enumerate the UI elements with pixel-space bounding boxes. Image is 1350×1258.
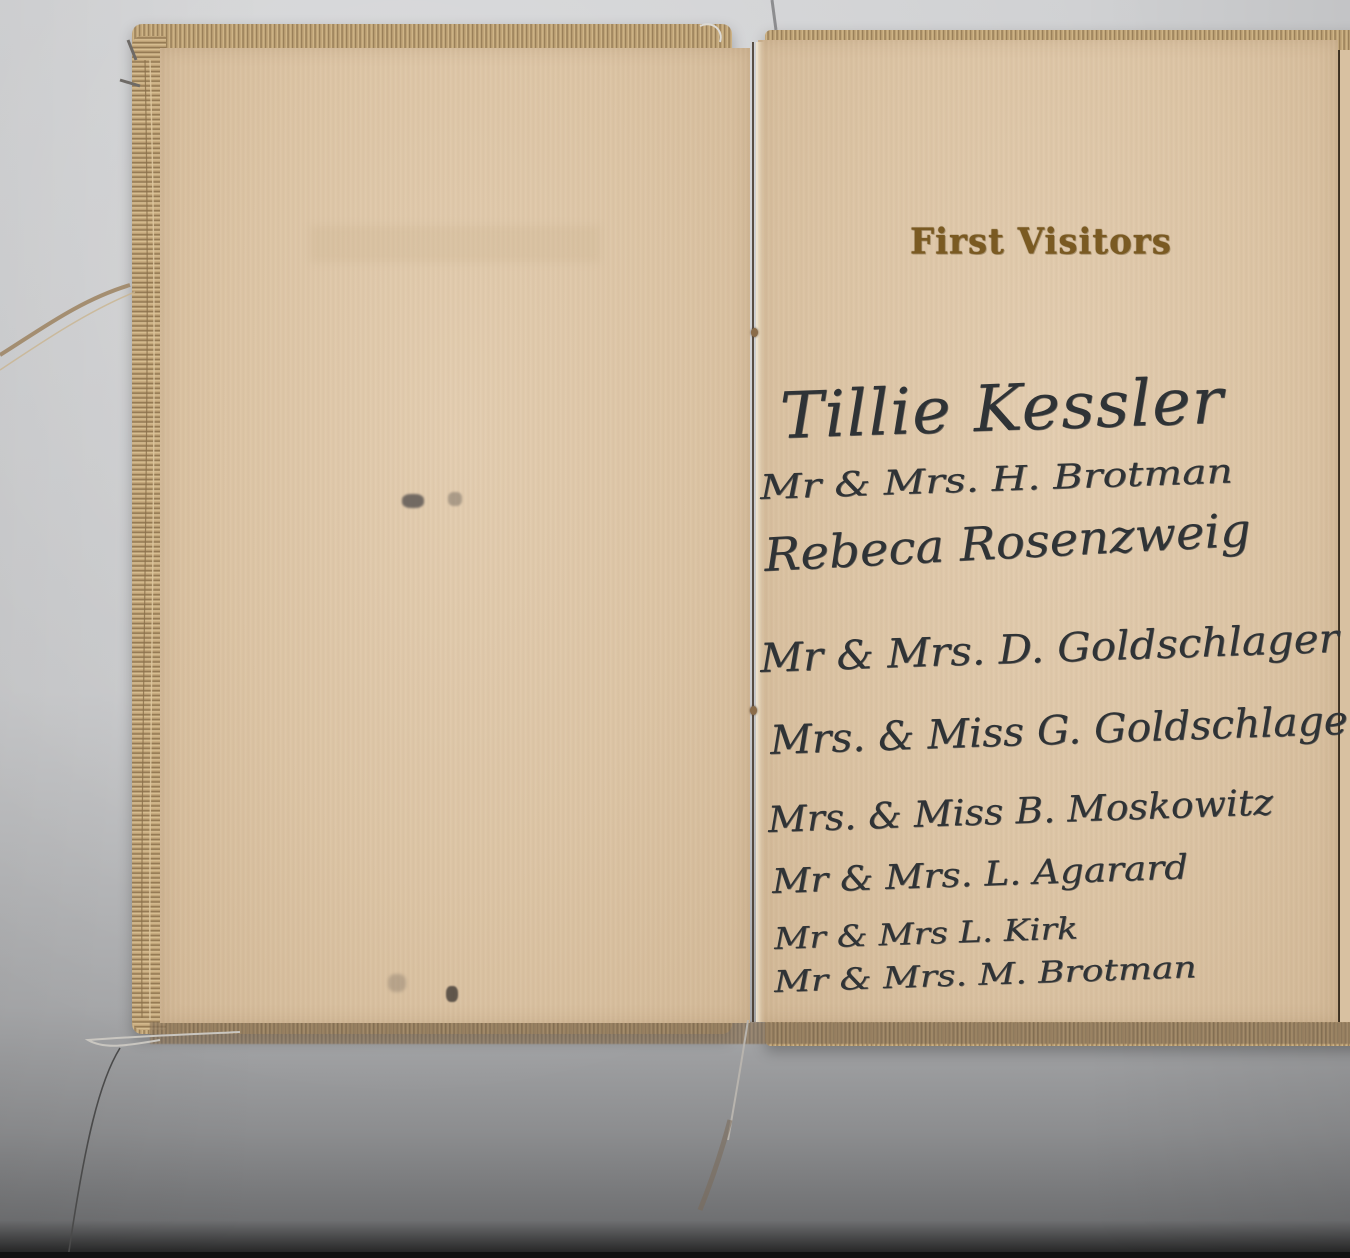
visitor-entry: Mr & Mrs. M. Brotman xyxy=(773,950,1197,1000)
visitor-entry: Rebeca Rosenzweig xyxy=(763,503,1252,582)
visitor-entry: Mrs. & Miss B. Moskowitz xyxy=(767,782,1273,841)
visitor-entry: Mrs. & Miss G. Goldschlager xyxy=(769,697,1350,764)
visitor-entry: Mr & Mrs. H. Brotman xyxy=(759,452,1233,508)
visitor-list: Tillie Kessler Mr & Mrs. H. Brotman Rebe… xyxy=(0,0,1350,1258)
visitor-entry: Mr & Mrs. D. Goldschlager xyxy=(759,616,1339,682)
visitor-entry: Mr & Mrs. L. Agarard xyxy=(771,847,1188,902)
visitor-entry: Tillie Kessler xyxy=(779,365,1225,454)
scan-edge xyxy=(0,1252,1350,1258)
visitor-entry: Mr & Mrs L. Kirk xyxy=(773,911,1078,957)
